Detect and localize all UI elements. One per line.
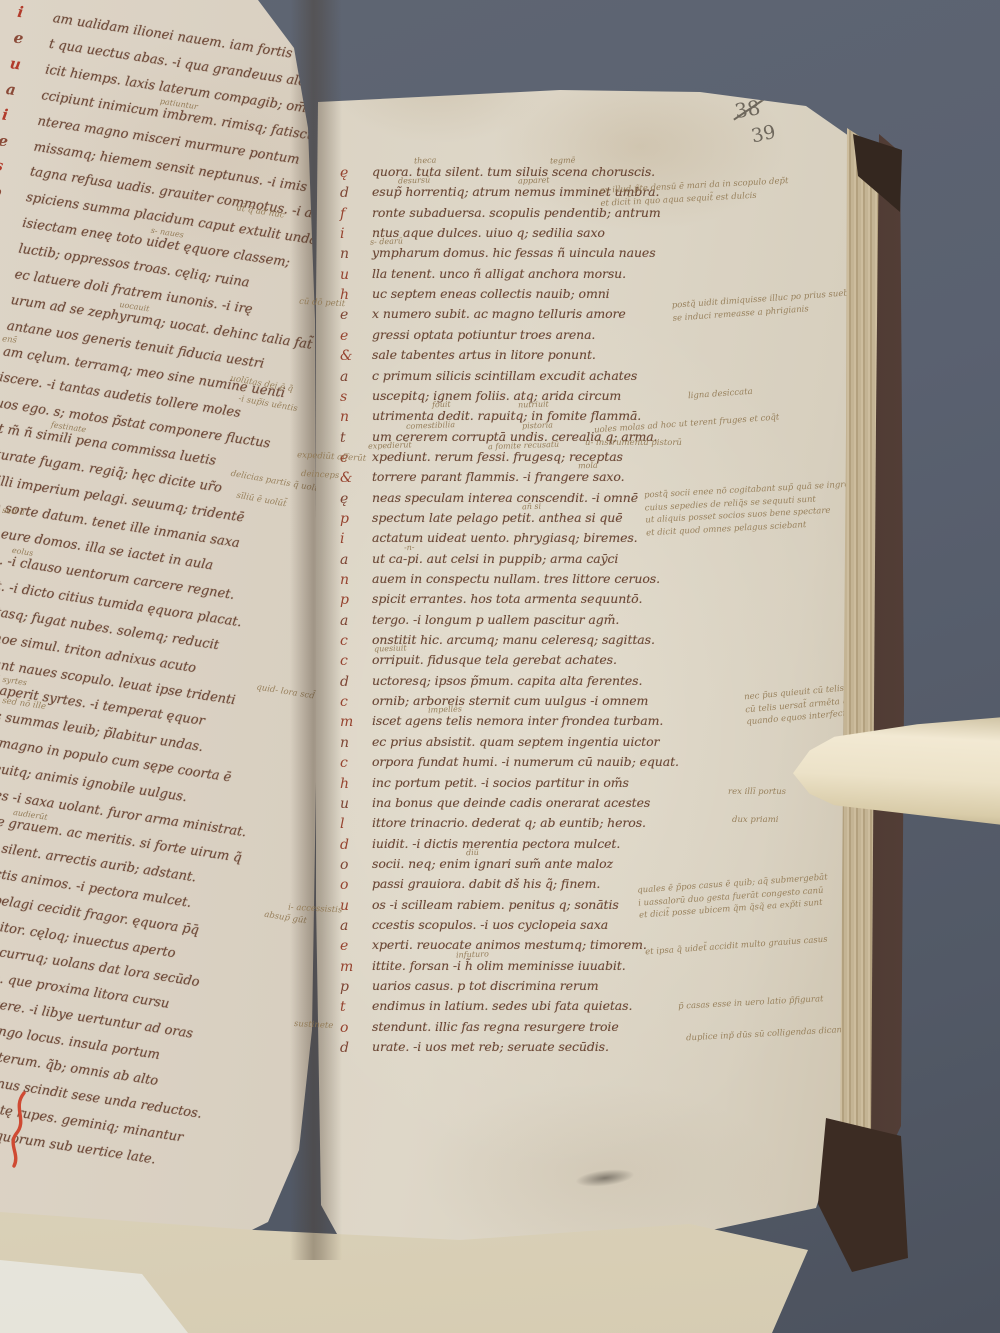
interlinear-gloss: -n- <box>404 543 415 551</box>
margin-gloss: dux priami <box>732 814 778 827</box>
verse-line: spectum late pelago petit. anthea si quē <box>372 512 623 525</box>
verse-line: ut ca-pi. aut celsi in puppib; arma caȳc… <box>372 553 618 566</box>
verse-line: endimus in latium. sedes ubi fata quieta… <box>372 1000 632 1013</box>
folio-numbers: 38 39 <box>733 94 776 148</box>
verse-initial: i <box>1 107 9 123</box>
margin-gloss-line: rex illī portus <box>728 786 786 799</box>
gutter-shadow <box>290 0 342 1260</box>
verse-line: ntus aque dulces. uiuo q; sedilia saxo <box>372 227 605 240</box>
manuscript-photo: iam ualidam ilionei nauem. iam fortis ac… <box>0 0 1000 1333</box>
margin-gloss: nec p̃us quieuit cū telis occidere ceruo… <box>744 675 938 729</box>
verse-line: uscepitq; ignem foliis. atq; arida circu… <box>372 390 621 403</box>
interlinear-gloss: an̄ si <box>522 503 541 512</box>
interlinear-gloss: s- dearū <box>370 238 403 247</box>
verse-line: torrere parant flammis. -i frangere saxo… <box>372 471 624 484</box>
margin-gloss: sed ā <box>1 505 25 520</box>
interlinear-gloss: apparet <box>518 177 550 186</box>
margin-gloss-line: dux priami <box>732 814 778 827</box>
verse-line: tergo. -i longum p uallem pascitur agm̃. <box>372 614 619 627</box>
verse-line: neas speculam interea conscendit. -i omn… <box>372 492 638 505</box>
verse-initial: e <box>0 133 9 149</box>
verse-line: iuidit. -i dictis merentia pectora mulce… <box>372 838 620 851</box>
verse-line: orripuit. fidusque tela gerebat achates. <box>372 654 617 667</box>
verse-line: ccestis scopulos. -i uos cyclopeia saxa <box>372 919 608 932</box>
interlinear-gloss: expedierūt <box>368 441 412 451</box>
folio-number-old: 38 <box>733 93 775 123</box>
interlinear-gloss: quesiuit <box>374 645 407 654</box>
interlinear-gloss: tegmē <box>550 157 576 166</box>
verse-line: lla tenent. unco ñ alligat anchora morsu… <box>372 268 626 281</box>
margin-gloss-line: et ipsa q̃ uidet̃ accidit multo grauius … <box>645 934 828 959</box>
interlinear-gloss: theca <box>414 157 437 166</box>
margin-gloss: postq̃ socii enee nō cogitabant sup̃ quā… <box>644 479 855 540</box>
verse-line: ina bonus que deinde cadis onerarat aces… <box>372 797 650 810</box>
verse-line: sale tabentes artus in litore ponunt. <box>372 349 596 362</box>
interlinear-gloss: nutriuit <box>518 401 549 410</box>
verse-line: xperti. reuocate animos mestumq; timorem… <box>372 939 647 952</box>
verse-line: os -i scilleam rabiem. penitus q; sonāti… <box>372 899 619 912</box>
verse-line: uc septem eneas collectis nauib; omni <box>372 288 610 301</box>
margin-gloss: ens̄ <box>1 333 17 347</box>
verse-line: onstitit hic. arcumq; manu celeresq; sag… <box>372 634 655 647</box>
margin-gloss: p̃ casas esse in uero latio p̃figurat <box>678 993 824 1013</box>
margin-gloss-line: ligna desiccata <box>688 386 753 403</box>
verse-line: c primum silicis scintillam excudit acha… <box>372 370 637 383</box>
verse-line: socii. neq; enim ignari sum̃ ante maloz <box>372 858 613 871</box>
verse-line: ittite. forsan -i h̃ olim meminisse iuua… <box>372 960 626 973</box>
verse-line: uctoresq; ipsos p̃mum. capita alta feren… <box>372 675 642 688</box>
verse-line: auem in conspectu nullam. tres littore c… <box>372 573 660 586</box>
verse-line: stendunt. illic fas regna resurgere troi… <box>372 1021 619 1034</box>
margin-gloss: et ipsa q̃ uidet̃ accidit multo grauius … <box>645 934 828 959</box>
verse-line: passi grauiora. dabit dš his q̃; finem. <box>372 878 600 891</box>
verse-line: ornib; arboreis sternit cum uulgus -i om… <box>372 695 648 708</box>
interlinear-gloss: fouit <box>432 401 451 410</box>
interlinear-gloss: mola <box>578 462 598 471</box>
interlinear-gloss: diū <box>466 849 479 857</box>
verse-line: urate. -i uos met reb; seruate secūdis. <box>372 1041 609 1054</box>
verse-line: spicit errantes. hos tota armenta sequun… <box>372 593 642 606</box>
verse-initial: s <box>0 158 4 174</box>
verse-initial: a <box>5 82 17 98</box>
margin-gloss-line: u- instrumenta pistorū <box>585 437 682 450</box>
verse-line: ittore trinacrio. dederat q; ab euntib; … <box>372 817 646 830</box>
red-paraph-mark <box>6 1090 36 1170</box>
verse-line: ec prius absistit. quam septem ingentia … <box>372 736 659 749</box>
margin-gloss: quales ē p̃pos casus ē quib; aq̃ submerg… <box>637 871 830 922</box>
interlinear-gloss: infuturo <box>456 950 489 959</box>
margin-gloss-line: p̃ casas esse in uero latio p̃figurat <box>678 993 824 1013</box>
margin-gloss: rex illī portus <box>728 786 786 799</box>
folio-number-new: 39 <box>749 121 777 148</box>
margin-gloss: ex illud p̃te densū ē mari da in scopulo… <box>599 175 789 210</box>
verse-line: uarios casus. p tot discrimina rerum <box>372 980 599 993</box>
verse-initial: u <box>9 56 22 72</box>
verse-initial: p <box>0 184 2 200</box>
verse-line: gressi optata potiuntur troes arena. <box>372 329 595 342</box>
verse-initial: i <box>16 5 24 21</box>
interlinear-gloss: comestibilia <box>406 421 455 431</box>
verse-line: x numero subit. ac magno telluris amore <box>372 308 626 321</box>
margin-gloss: sīliū ē uolūt̃ <box>235 490 287 511</box>
margin-gloss: duplice inp̃ dūs sū colligendas dicamus <box>686 1024 855 1045</box>
interlinear-gloss: pistoria <box>522 421 553 430</box>
interlinear-gloss: desursū <box>398 177 430 186</box>
margin-gloss: ligna desiccata <box>688 386 753 403</box>
verse-line: inc portum petit. -i socios partitur in … <box>372 777 629 790</box>
verse-line: orpora fundat humi. -i numerum cū nauib;… <box>372 756 679 769</box>
verse-line: iscet agens telis nemora inter frondea t… <box>372 715 663 728</box>
verse-line: ympharum domus. hic fessas ñ uincula nau… <box>372 247 656 260</box>
margin-gloss-line: duplice inp̃ dūs sū colligendas dicamus <box>686 1024 855 1045</box>
verse-initial: e <box>13 30 25 46</box>
margin-gloss: u- instrumenta pistorū <box>585 437 682 450</box>
